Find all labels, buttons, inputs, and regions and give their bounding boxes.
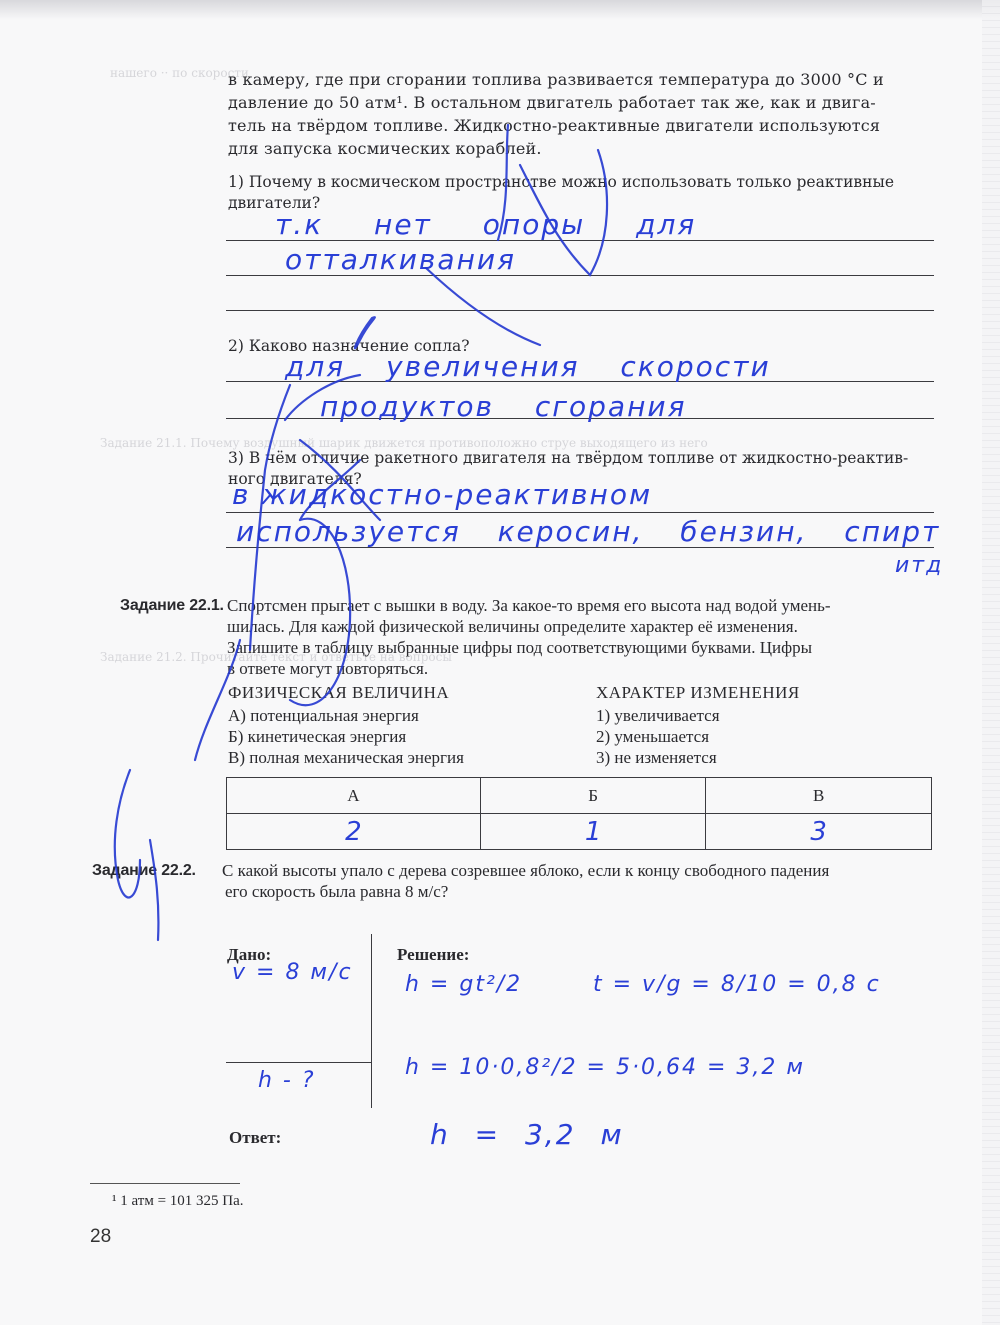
- task-text-line: Запишите в таблицу выбранные цифры под с…: [227, 637, 967, 658]
- answer-line: [226, 310, 934, 311]
- scan-top-shadow: [0, 0, 1000, 20]
- solution-label: Решение:: [397, 945, 469, 965]
- handwritten-formula-h: h = gt²/2: [405, 972, 522, 997]
- task-text-line: Спортсмен прыгает с вышки в воду. За как…: [227, 595, 967, 616]
- answer-table: А Б В 2 1 3: [226, 777, 932, 850]
- handwritten-given: v = 8 м/с: [232, 960, 353, 985]
- task-22-1-text: Спортсмен прыгает с вышки в воду. За как…: [227, 595, 967, 679]
- handwritten-answer: продуктов сгорания: [320, 390, 686, 423]
- task-text-line: С какой высоты упало с дерева созревшее …: [222, 860, 962, 881]
- paragraph-line: в камеру, где при сгорании топлива разви…: [228, 68, 948, 91]
- column-header: ФИЗИЧЕСКАЯ ВЕЛИЧИНА: [228, 682, 464, 703]
- workbook-page: нашего ·· по скорости Задание 21.1. Поче…: [0, 0, 1000, 1325]
- table-header-cell: Б: [480, 778, 706, 814]
- handwritten-answer: в жидкостно-реактивном: [232, 478, 652, 511]
- task-22-1-title: Задание 22.1.: [120, 597, 224, 615]
- intro-paragraph: в камеру, где при сгорании топлива разви…: [228, 68, 948, 160]
- table-header-cell: А: [227, 778, 481, 814]
- task-text-line: его скорость была равна 8 м/с?: [222, 881, 962, 902]
- handwritten-answer: итд: [895, 553, 943, 578]
- task-text-line: шилась. Для каждой физической величины о…: [227, 616, 967, 637]
- paragraph-line: для запуска космических кораблей.: [228, 137, 948, 160]
- quantity-item: А) потенциальная энергия: [228, 705, 464, 726]
- page-number: 28: [90, 1226, 111, 1248]
- task-22-2-text: С какой высоты упало с дерева созревшее …: [222, 860, 962, 902]
- footnote-divider: [90, 1183, 240, 1184]
- handwritten-final-answer: h = 3,2 м: [430, 1118, 624, 1151]
- answer-line: [226, 512, 934, 513]
- answer-cell[interactable]: 1: [480, 814, 706, 850]
- paragraph-line: давление до 50 атм¹. В остальном двигате…: [228, 91, 948, 114]
- handwritten-answer: т.к нет опоры для: [275, 208, 696, 241]
- question-text: 3) В чём отличие ракетного двигателя на …: [228, 448, 948, 469]
- question-text: 1) Почему в космическом пространстве мож…: [228, 172, 948, 193]
- scan-right-edge: [982, 0, 1000, 1325]
- column-header: ХАРАКТЕР ИЗМЕНЕНИЯ: [596, 682, 800, 703]
- table-answer-row: 2 1 3: [227, 814, 932, 850]
- change-item: 1) увеличивается: [596, 705, 800, 726]
- quantity-item: Б) кинетическая энергия: [228, 726, 464, 747]
- handwritten-answer: отталкивания: [285, 243, 516, 276]
- quantity-item: В) полная механическая энергия: [228, 747, 464, 768]
- footnote: ¹ 1 атм = 101 325 Па.: [112, 1193, 244, 1210]
- answer-cell[interactable]: 2: [227, 814, 481, 850]
- table-header-cell: В: [706, 778, 932, 814]
- handwritten-answer: для увеличения скорости: [285, 350, 771, 383]
- table-header-row: А Б В: [227, 778, 932, 814]
- answer-label: Ответ:: [229, 1128, 281, 1148]
- given-divider-vertical: [371, 934, 372, 1108]
- quantities-column: ФИЗИЧЕСКАЯ ВЕЛИЧИНА А) потенциальная эне…: [228, 682, 464, 768]
- handwritten-calculation: h = 10·0,8²/2 = 5·0,64 = 3,2 м: [405, 1055, 805, 1080]
- change-item: 2) уменьшается: [596, 726, 800, 747]
- task-22-2-title: Задание 22.2.: [92, 862, 196, 880]
- paragraph-line: тель на твёрдом топливе. Жидкостно-реакт…: [228, 114, 948, 137]
- changes-column: ХАРАКТЕР ИЗМЕНЕНИЯ 1) увеличивается 2) у…: [596, 682, 800, 768]
- given-divider-horizontal: [226, 1062, 372, 1063]
- task-text-line: в ответе могут повторяться.: [227, 658, 967, 679]
- handwritten-find: h - ?: [258, 1068, 316, 1093]
- answer-cell[interactable]: 3: [706, 814, 932, 850]
- handwritten-answer: используется керосин, бензин, спирт: [236, 515, 940, 548]
- handwritten-formula-t: t = v/g = 8/10 = 0,8 с: [593, 972, 881, 997]
- change-item: 3) не изменяется: [596, 747, 800, 768]
